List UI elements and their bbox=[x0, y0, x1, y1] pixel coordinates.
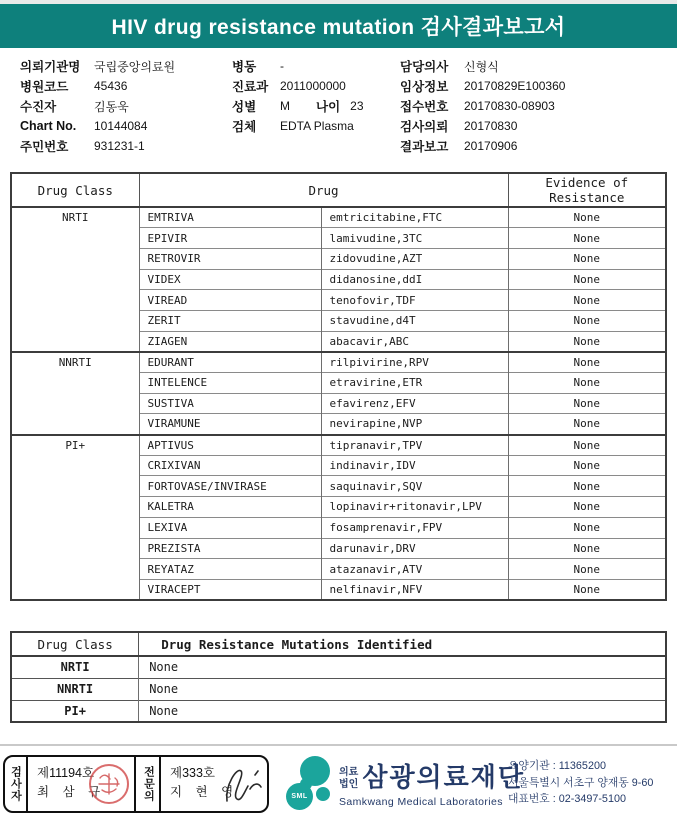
patient-field-label: 병동 bbox=[232, 57, 280, 75]
generic-cell: atazanavir,ATV bbox=[321, 559, 508, 580]
evidence-cell: None bbox=[508, 393, 666, 414]
evidence-cell: None bbox=[508, 497, 666, 518]
patient-field-value: 23 bbox=[350, 99, 363, 113]
examiner-cell: 제11194호 최 삼 규 bbox=[28, 757, 134, 811]
brand-cell: VIRAMUNE bbox=[139, 414, 321, 435]
mutation-drug-class-cell: NNRTI bbox=[11, 678, 139, 700]
brand-cell: EDURANT bbox=[139, 352, 321, 373]
brand-cell: VIRACEPT bbox=[139, 579, 321, 600]
brand-cell: VIDEX bbox=[139, 269, 321, 290]
drug-class-header: Drug Class bbox=[11, 173, 139, 207]
specialist-signature-icon bbox=[217, 761, 265, 813]
brand-cell: CRIXIVAN bbox=[139, 455, 321, 476]
evidence-cell: None bbox=[508, 310, 666, 331]
generic-cell: fosamprenavir,FPV bbox=[321, 517, 508, 538]
patient-info-row: 수진자김동욱 bbox=[20, 96, 232, 116]
evidence-cell: None bbox=[508, 373, 666, 394]
evidence-cell: None bbox=[508, 331, 666, 352]
patient-info-row: 의뢰기관명국립중앙의료원 bbox=[20, 56, 232, 76]
lab-name-block: 의료 법인 삼광의료재단 Samkwang Medical Laboratori… bbox=[339, 757, 525, 808]
patient-field-value: M bbox=[280, 99, 290, 113]
sml-logo-icon: SML bbox=[286, 756, 336, 812]
patient-field-value: 931231-1 bbox=[94, 139, 145, 153]
generic-cell: tipranavir,TPV bbox=[321, 435, 508, 456]
generic-cell: lopinavir+ritonavir,LPV bbox=[321, 497, 508, 518]
evidence-cell: None bbox=[508, 476, 666, 497]
patient-field-label: 나이 bbox=[316, 97, 340, 115]
mutation-row: NRTINone bbox=[11, 656, 666, 678]
patient-field-label: 임상정보 bbox=[400, 77, 464, 95]
brand-cell: FORTOVASE/INVIRASE bbox=[139, 476, 321, 497]
evidence-cell: None bbox=[508, 538, 666, 559]
generic-cell: indinavir,IDV bbox=[321, 455, 508, 476]
examiner-section-label: 검사자 bbox=[5, 757, 28, 811]
patient-info-row: 병원코드45436 bbox=[20, 76, 232, 96]
patient-info-row: Chart No.10144084 bbox=[20, 116, 232, 136]
patient-field-value: 국립중앙의료원 bbox=[94, 58, 175, 75]
generic-cell: rilpivirine,RPV bbox=[321, 352, 508, 373]
patient-info-row: 검체EDTA Plasma bbox=[232, 116, 400, 136]
patient-field-label: 수진자 bbox=[20, 97, 94, 115]
generic-cell: lamivudine,3TC bbox=[321, 228, 508, 249]
report-banner: HIV drug resistance mutation 검사결과보고서 bbox=[0, 4, 677, 48]
evidence-cell: None bbox=[508, 455, 666, 476]
drug-header: Drug bbox=[139, 173, 508, 207]
patient-field-value: 20170829E100360 bbox=[464, 79, 565, 93]
mutation-drug-class-header: Drug Class bbox=[11, 632, 139, 656]
mutations-value-cell: None bbox=[139, 656, 666, 678]
patient-info-row: 진료과2011000000 bbox=[232, 76, 400, 96]
patient-info-row: 담당의사신형식 bbox=[400, 56, 665, 76]
patient-info-row: 병동- bbox=[232, 56, 400, 76]
brand-cell: APTIVUS bbox=[139, 435, 321, 456]
patient-col-left: 의뢰기관명국립중앙의료원병원코드45436수진자김동욱Chart No.1014… bbox=[20, 56, 232, 156]
generic-cell: emtricitabine,FTC bbox=[321, 207, 508, 228]
patient-field-label: 검사의뢰 bbox=[400, 117, 464, 135]
generic-cell: abacavir,ABC bbox=[321, 331, 508, 352]
generic-cell: didanosine,ddI bbox=[321, 269, 508, 290]
brand-cell: EMTRIVA bbox=[139, 207, 321, 228]
brand-cell: INTELENCE bbox=[139, 373, 321, 394]
specialist-section-label: 전문의 bbox=[138, 757, 161, 811]
mutation-drug-class-cell: NRTI bbox=[11, 656, 139, 678]
generic-cell: saquinavir,SQV bbox=[321, 476, 508, 497]
lab-name-korean: 삼광의료재단 bbox=[362, 757, 525, 794]
logo-sml-text: SML bbox=[291, 793, 307, 800]
drug-row: NNRTIEDURANTrilpivirine,RPVNone bbox=[11, 352, 666, 373]
mutation-row: PI+None bbox=[11, 700, 666, 722]
evidence-cell: None bbox=[508, 559, 666, 580]
mutations-value-cell: None bbox=[139, 678, 666, 700]
generic-cell: darunavir,DRV bbox=[321, 538, 508, 559]
examiner-stamp-icon bbox=[89, 764, 129, 804]
evidence-cell: None bbox=[508, 352, 666, 373]
evidence-cell: None bbox=[508, 414, 666, 435]
brand-cell: KALETRA bbox=[139, 497, 321, 518]
patient-field-label: 의뢰기관명 bbox=[20, 57, 94, 75]
footer-divider-line bbox=[0, 744, 677, 746]
patient-field-value: 20170906 bbox=[464, 139, 517, 153]
drug-table-body: NRTIEMTRIVAemtricitabine,FTCNoneEPIVIRla… bbox=[11, 207, 666, 600]
patient-field-label: 접수번호 bbox=[400, 97, 464, 115]
generic-cell: zidovudine,AZT bbox=[321, 248, 508, 269]
patient-info-section: 의뢰기관명국립중앙의료원병원코드45436수진자김동욱Chart No.1014… bbox=[20, 56, 665, 156]
evidence-cell: None bbox=[508, 269, 666, 290]
drug-class-cell: NNRTI bbox=[11, 352, 139, 435]
specialist-cell: 제333호 지 현 영 bbox=[161, 757, 267, 811]
evidence-cell: None bbox=[508, 207, 666, 228]
patient-info-row: 주민번호931231-1 bbox=[20, 136, 232, 156]
patient-field-value: EDTA Plasma bbox=[280, 119, 354, 133]
generic-cell: tenofovir,TDF bbox=[321, 290, 508, 311]
evidence-cell: None bbox=[508, 579, 666, 600]
brand-cell: SUSTIVA bbox=[139, 393, 321, 414]
mutation-table-header-row: Drug Class Drug Resistance Mutations Ide… bbox=[11, 632, 666, 656]
report-title: HIV drug resistance mutation 검사결과보고서 bbox=[112, 11, 566, 41]
drug-class-cell: PI+ bbox=[11, 435, 139, 601]
patient-field-value: - bbox=[280, 59, 284, 73]
patient-info-row: 검사의뢰20170830 bbox=[400, 116, 665, 136]
patient-col-middle: 병동-진료과2011000000성별M나이23검체EDTA Plasma bbox=[232, 56, 400, 156]
patient-field-label: 결과보고 bbox=[400, 137, 464, 155]
logo-circle-small bbox=[316, 787, 330, 801]
stamp-pattern bbox=[91, 766, 127, 802]
patient-field-value: 20170830-08903 bbox=[464, 99, 555, 113]
patient-field-label: 담당의사 bbox=[400, 57, 464, 75]
mutation-row: NNRTINone bbox=[11, 678, 666, 700]
generic-cell: nelfinavir,NFV bbox=[321, 579, 508, 600]
patient-field-value: 김동욱 bbox=[94, 98, 129, 115]
brand-cell: RETROVIR bbox=[139, 248, 321, 269]
lab-org-type: 의료 법인 bbox=[339, 767, 358, 794]
generic-cell: efavirenz,EFV bbox=[321, 393, 508, 414]
mutations-value-cell: None bbox=[139, 700, 666, 722]
mutations-identified-header: Drug Resistance Mutations Identified bbox=[139, 632, 666, 656]
patient-info-row: 접수번호20170830-08903 bbox=[400, 96, 665, 116]
logo-circle-sml: SML bbox=[286, 783, 313, 810]
org-type-line2: 법인 bbox=[339, 779, 358, 791]
patient-field-label: 검체 bbox=[232, 117, 280, 135]
evidence-cell: None bbox=[508, 248, 666, 269]
patient-field-label: Chart No. bbox=[20, 119, 94, 133]
drug-table-header-row: Drug Class Drug Evidence of Resistance bbox=[11, 173, 666, 207]
signature-box: 검사자 제11194호 최 삼 규 전문의 제333호 지 현 영 bbox=[3, 755, 269, 813]
patient-col-right: 담당의사신형식임상정보20170829E100360접수번호20170830-0… bbox=[400, 56, 665, 156]
patient-field-value: 신형식 bbox=[464, 58, 499, 75]
patient-info-row: 결과보고20170906 bbox=[400, 136, 665, 156]
patient-field-value: 45436 bbox=[94, 79, 127, 93]
brand-cell: LEXIVA bbox=[139, 517, 321, 538]
generic-cell: etravirine,ETR bbox=[321, 373, 508, 394]
brand-cell: ZIAGEN bbox=[139, 331, 321, 352]
generic-cell: nevirapine,NVP bbox=[321, 414, 508, 435]
brand-cell: REYATAZ bbox=[139, 559, 321, 580]
lab-address: 서울특별시 서초구 양재동 9-60 bbox=[508, 775, 676, 792]
lab-contact-info: 요양기관 : 11365200 서울특별시 서초구 양재동 9-60 대표번호 … bbox=[508, 758, 676, 808]
drug-resistance-table: Drug Class Drug Evidence of Resistance N… bbox=[10, 172, 667, 601]
patient-field-value: 10144084 bbox=[94, 119, 147, 133]
lab-phone: 대표번호 : 02-3497-5100 bbox=[508, 791, 676, 808]
drug-row: NRTIEMTRIVAemtricitabine,FTCNone bbox=[11, 207, 666, 228]
patient-info-row: 성별M나이23 bbox=[232, 96, 400, 116]
mutation-table-body: NRTINoneNNRTINonePI+None bbox=[11, 656, 666, 722]
evidence-cell: None bbox=[508, 228, 666, 249]
lab-care-org-number: 요양기관 : 11365200 bbox=[508, 758, 676, 775]
brand-cell: VIREAD bbox=[139, 290, 321, 311]
patient-field-label: 주민번호 bbox=[20, 137, 94, 155]
patient-info-row: 임상정보20170829E100360 bbox=[400, 76, 665, 96]
patient-field-label: 진료과 bbox=[232, 77, 280, 95]
patient-field-value: 2011000000 bbox=[280, 79, 346, 93]
brand-cell: EPIVIR bbox=[139, 228, 321, 249]
drug-row: PI+APTIVUStipranavir,TPVNone bbox=[11, 435, 666, 456]
brand-cell: ZERIT bbox=[139, 310, 321, 331]
evidence-cell: None bbox=[508, 435, 666, 456]
generic-cell: stavudine,d4T bbox=[321, 310, 508, 331]
mutation-drug-class-cell: PI+ bbox=[11, 700, 139, 722]
patient-field-label: 성별 bbox=[232, 97, 280, 115]
lab-name-english: Samkwang Medical Laboratories bbox=[339, 796, 525, 808]
evidence-cell: None bbox=[508, 290, 666, 311]
patient-field-value: 20170830 bbox=[464, 119, 517, 133]
mutation-table: Drug Class Drug Resistance Mutations Ide… bbox=[10, 631, 667, 723]
evidence-header: Evidence of Resistance bbox=[508, 173, 666, 207]
patient-field-label: 병원코드 bbox=[20, 77, 94, 95]
signature-stroke bbox=[217, 761, 265, 807]
org-type-line1: 의료 bbox=[339, 767, 358, 779]
drug-class-cell: NRTI bbox=[11, 207, 139, 352]
evidence-cell: None bbox=[508, 517, 666, 538]
brand-cell: PREZISTA bbox=[139, 538, 321, 559]
